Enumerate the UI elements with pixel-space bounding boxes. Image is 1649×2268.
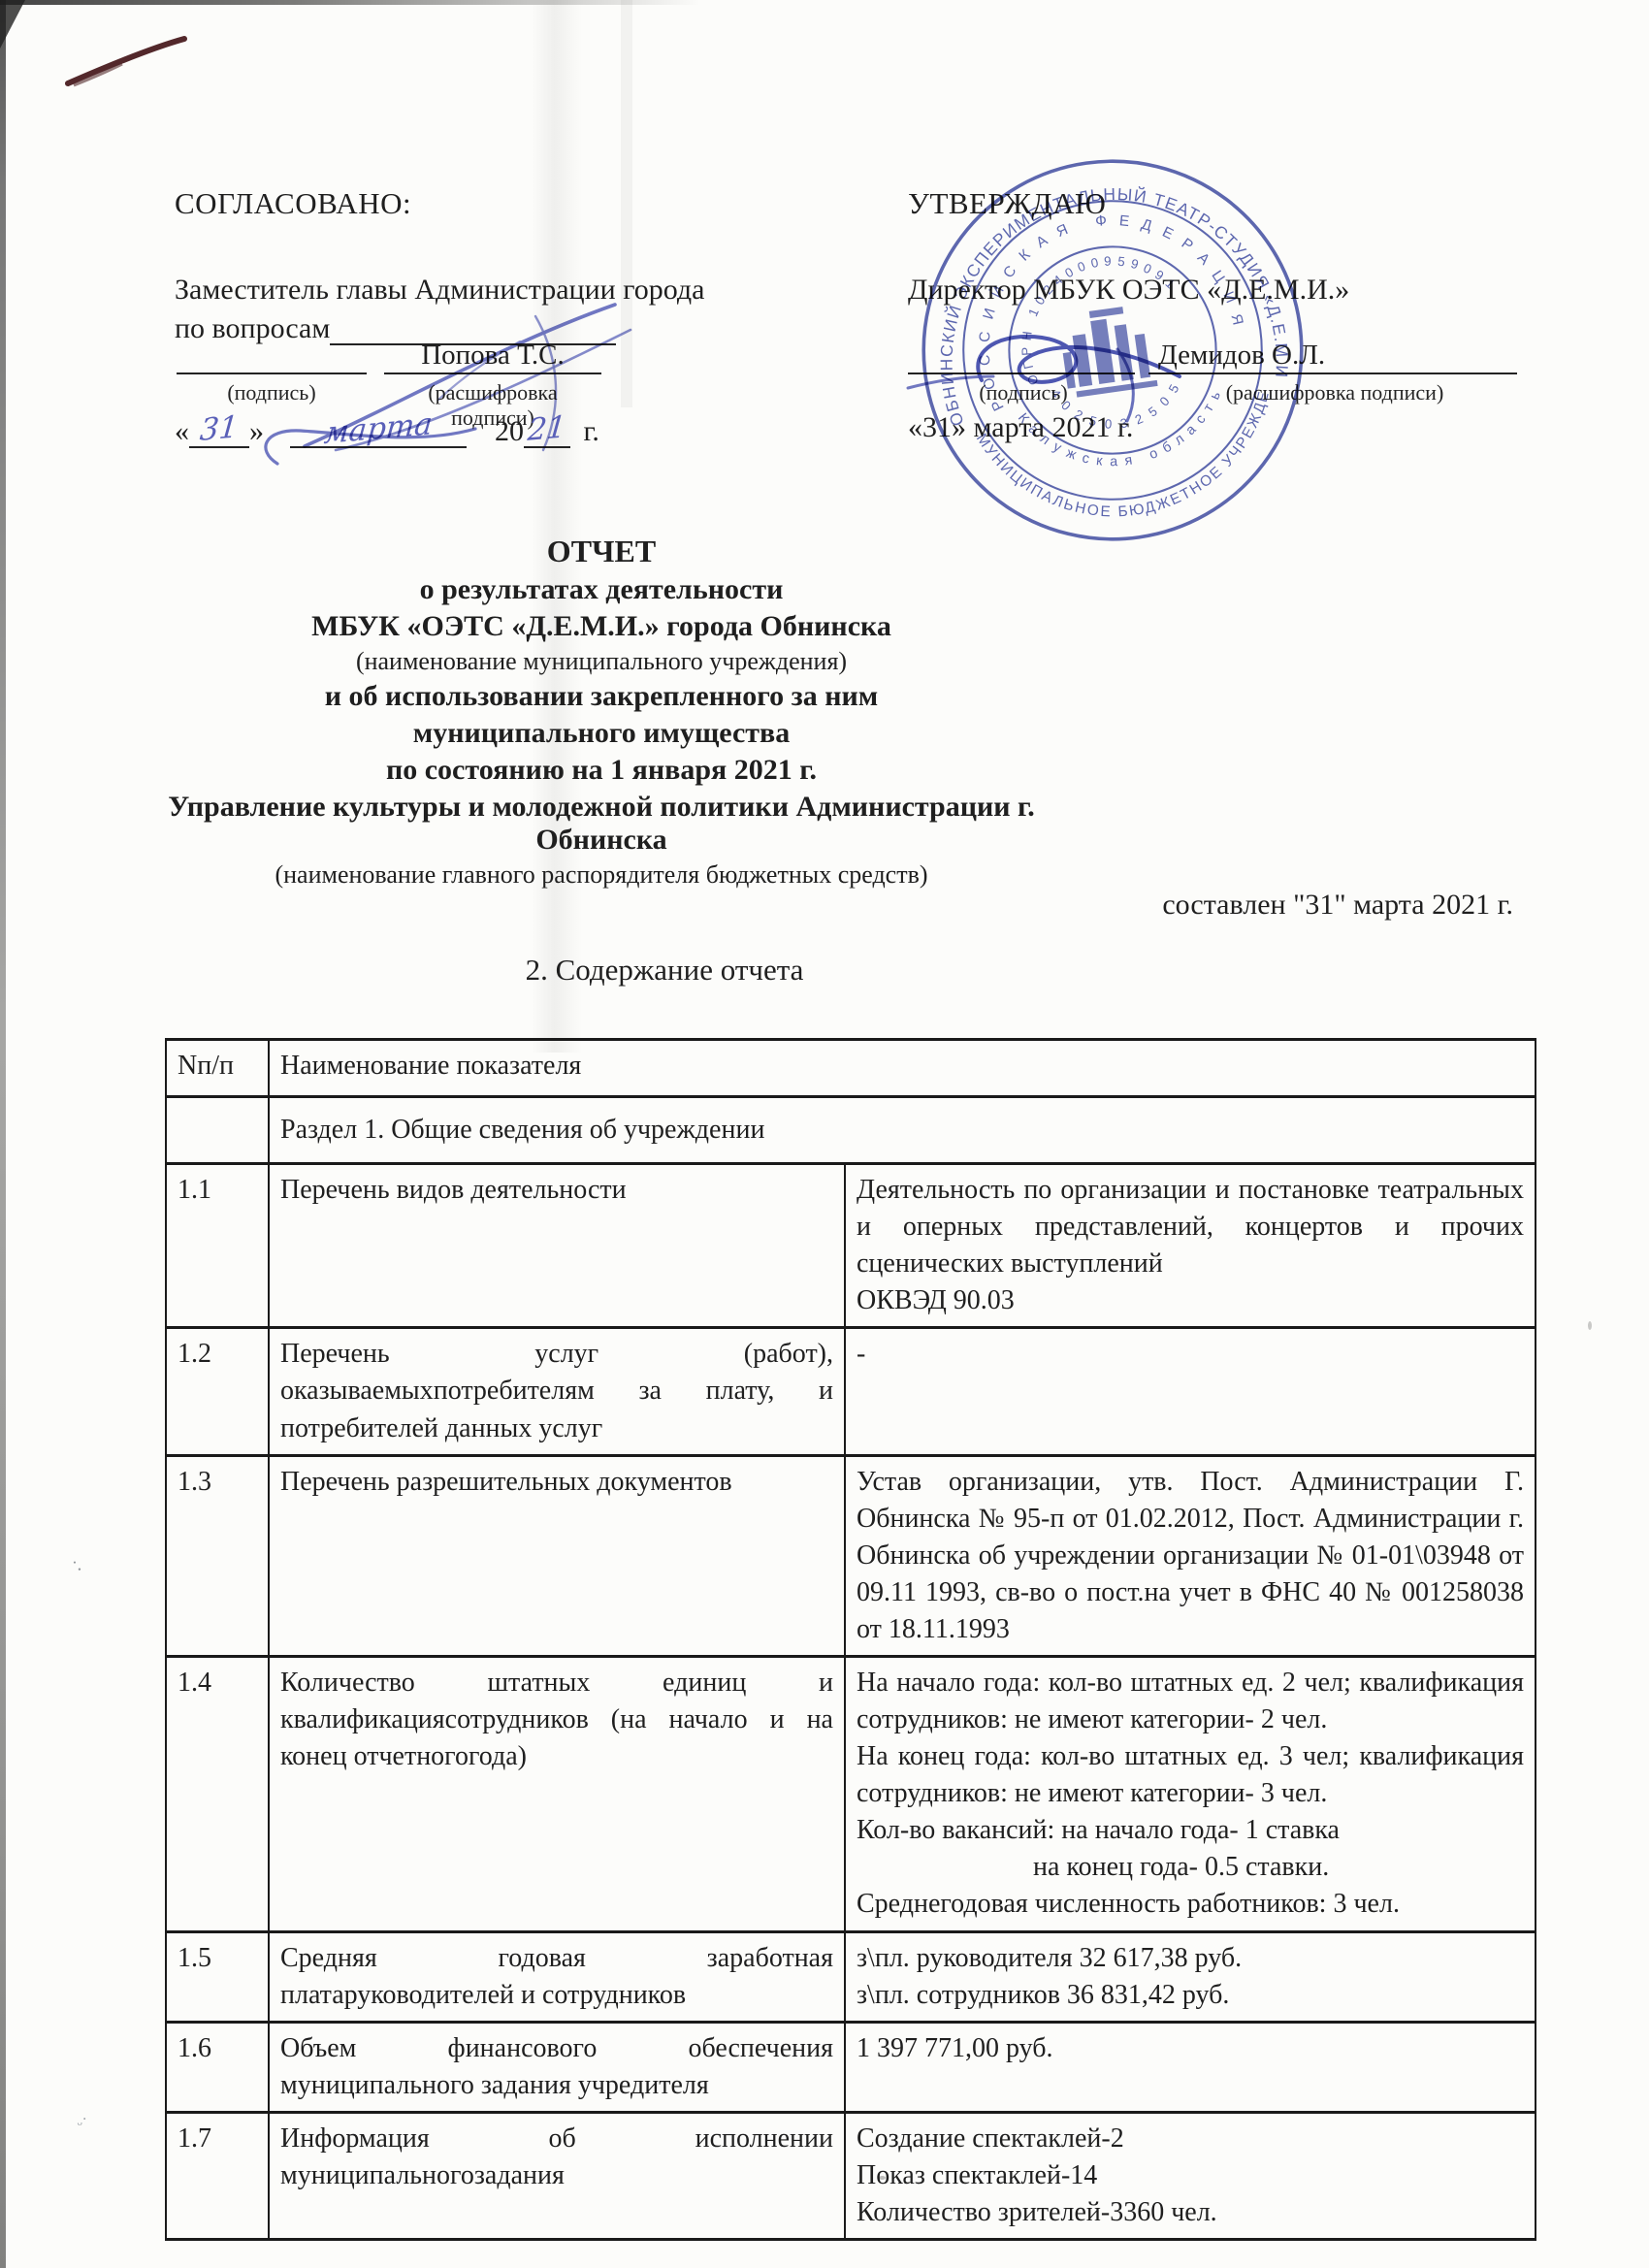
row-value: з\пл. руководителя 32 617,38 руб. з\пл. … [845,1931,1536,2022]
section-num-cell [166,1097,269,1164]
row-name: Средняя годовая заработная платаруководи… [269,1931,845,2022]
agreed-heading: СОГЛАСОВАНО: [175,186,411,221]
scan-fold-streak [532,0,582,1053]
row-value: Создание спектаклей-2 Показ спектаклей-1… [845,2112,1536,2239]
scan-corner-shadow [0,0,25,49]
report-title: ОТЧЕТ [165,534,1038,569]
row-name: Информация об исполнении муниципальногоз… [269,2112,845,2239]
report-title-block: ОТЧЕТ о результатах деятельности МБУК «О… [165,532,1038,891]
report-subtitle-3: и об использовании закрепленного за ним [165,680,1038,713]
scan-speck [1588,1321,1592,1330]
official-stamp: ОБНИНСКИЙ ЭКСПЕРИМЕНТАЛЬНЫЙ ТЕАТР-СТУДИЯ… [888,125,1337,574]
table-header-row: Nп/п Наименование показателя [166,1040,1536,1097]
stamp-outer-top-text: ОБНИНСКИЙ ЭКСПЕРИМЕНТАЛЬНЫЙ ТЕАТР-СТУДИЯ… [888,125,1296,433]
report-subtitle-6: Управление культуры и молодежной политик… [165,791,1038,857]
report-subtitle-1: о результатах деятельности [165,573,1038,606]
row-value: 1 397 771,00 руб. [845,2022,1536,2112]
handwritten-day: 31 [199,409,240,448]
row-value: Устав организации, утв. Пост. Администра… [845,1455,1536,1656]
report-caption-1: (наименование муниципального учреждения) [165,647,1038,676]
row-num: 1.7 [166,2112,269,2239]
pen-stroke-mark [60,27,196,95]
table-row: 1.1 Перечень видов деятельности Деятельн… [166,1164,1536,1328]
table-row: 1.4 Количество штатных единиц и квалифик… [166,1657,1536,1932]
quote-open: « [175,415,189,447]
row-value: Деятельность по организации и постановке… [845,1164,1536,1328]
row-name: Объем финансового обеспечения муниципаль… [269,2022,845,2112]
report-subtitle-4: муниципального имущества [165,717,1038,750]
report-subtitle-2: МБУК «ОЭТС «Д.Е.М.И.» города Обнинска [165,610,1038,643]
scan-left-edge [0,0,6,2268]
table-row: 1.2 Перечень услуг (работ), оказываемыхп… [166,1328,1536,1455]
stamp-mid-bottom-text: Калужская область [1014,383,1233,484]
stamp-emblem [1057,304,1157,399]
report-subtitle-5: по состоянию на 1 января 2021 г. [165,754,1038,787]
report-table: Nп/п Наименование показателя Раздел 1. О… [165,1038,1536,2241]
table-row: 1.5 Средняя годовая заработная платаруко… [166,1931,1536,2022]
header-name-cell: Наименование показателя [269,1040,1536,1097]
row-num: 1.3 [166,1455,269,1656]
row-value: На начало года: кол-во штатных ед. 2 чел… [845,1657,1536,1932]
row-name: Перечень разрешительных документов [269,1455,845,1656]
header-num-cell: Nп/п [166,1040,269,1097]
scan-margin-smudge-2: ᵕ˙ [76,2111,108,2140]
row-num: 1.4 [166,1657,269,1932]
section-heading: 2. Содержание отчета [407,953,921,988]
scanned-report-page: ˙· ᵕ˙ СОГЛАСОВАНО: Заместитель главы Адм… [0,0,1649,2268]
table-row: 1.3 Перечень разрешительных документов У… [166,1455,1536,1656]
row-value: - [845,1328,1536,1455]
report-caption-2: (наименование главного распорядителя бюд… [165,860,1038,890]
table-section-row: Раздел 1. Общие сведения об учреждении [166,1097,1536,1164]
table-row: 1.6 Объем финансового обеспечения муници… [166,2022,1536,2112]
row-name: Перечень видов деятельности [269,1164,845,1328]
row-name: Количество штатных единиц и квалификация… [269,1657,845,1932]
row-num: 1.5 [166,1931,269,2022]
table-row: 1.7 Информация об исполнении муниципальн… [166,2112,1536,2239]
row-num: 1.6 [166,2022,269,2112]
row-num: 1.1 [166,1164,269,1328]
row-name: Перечень услуг (работ), оказываемыхпотре… [269,1328,845,1455]
compiled-date-line: составлен "31" марта 2021 г. [873,889,1513,922]
scan-margin-smudge: ˙· [68,1557,97,1582]
section-title-cell: Раздел 1. Общие сведения об учреждении [269,1097,1536,1164]
signature-popova [244,283,662,477]
row-num: 1.2 [166,1328,269,1455]
